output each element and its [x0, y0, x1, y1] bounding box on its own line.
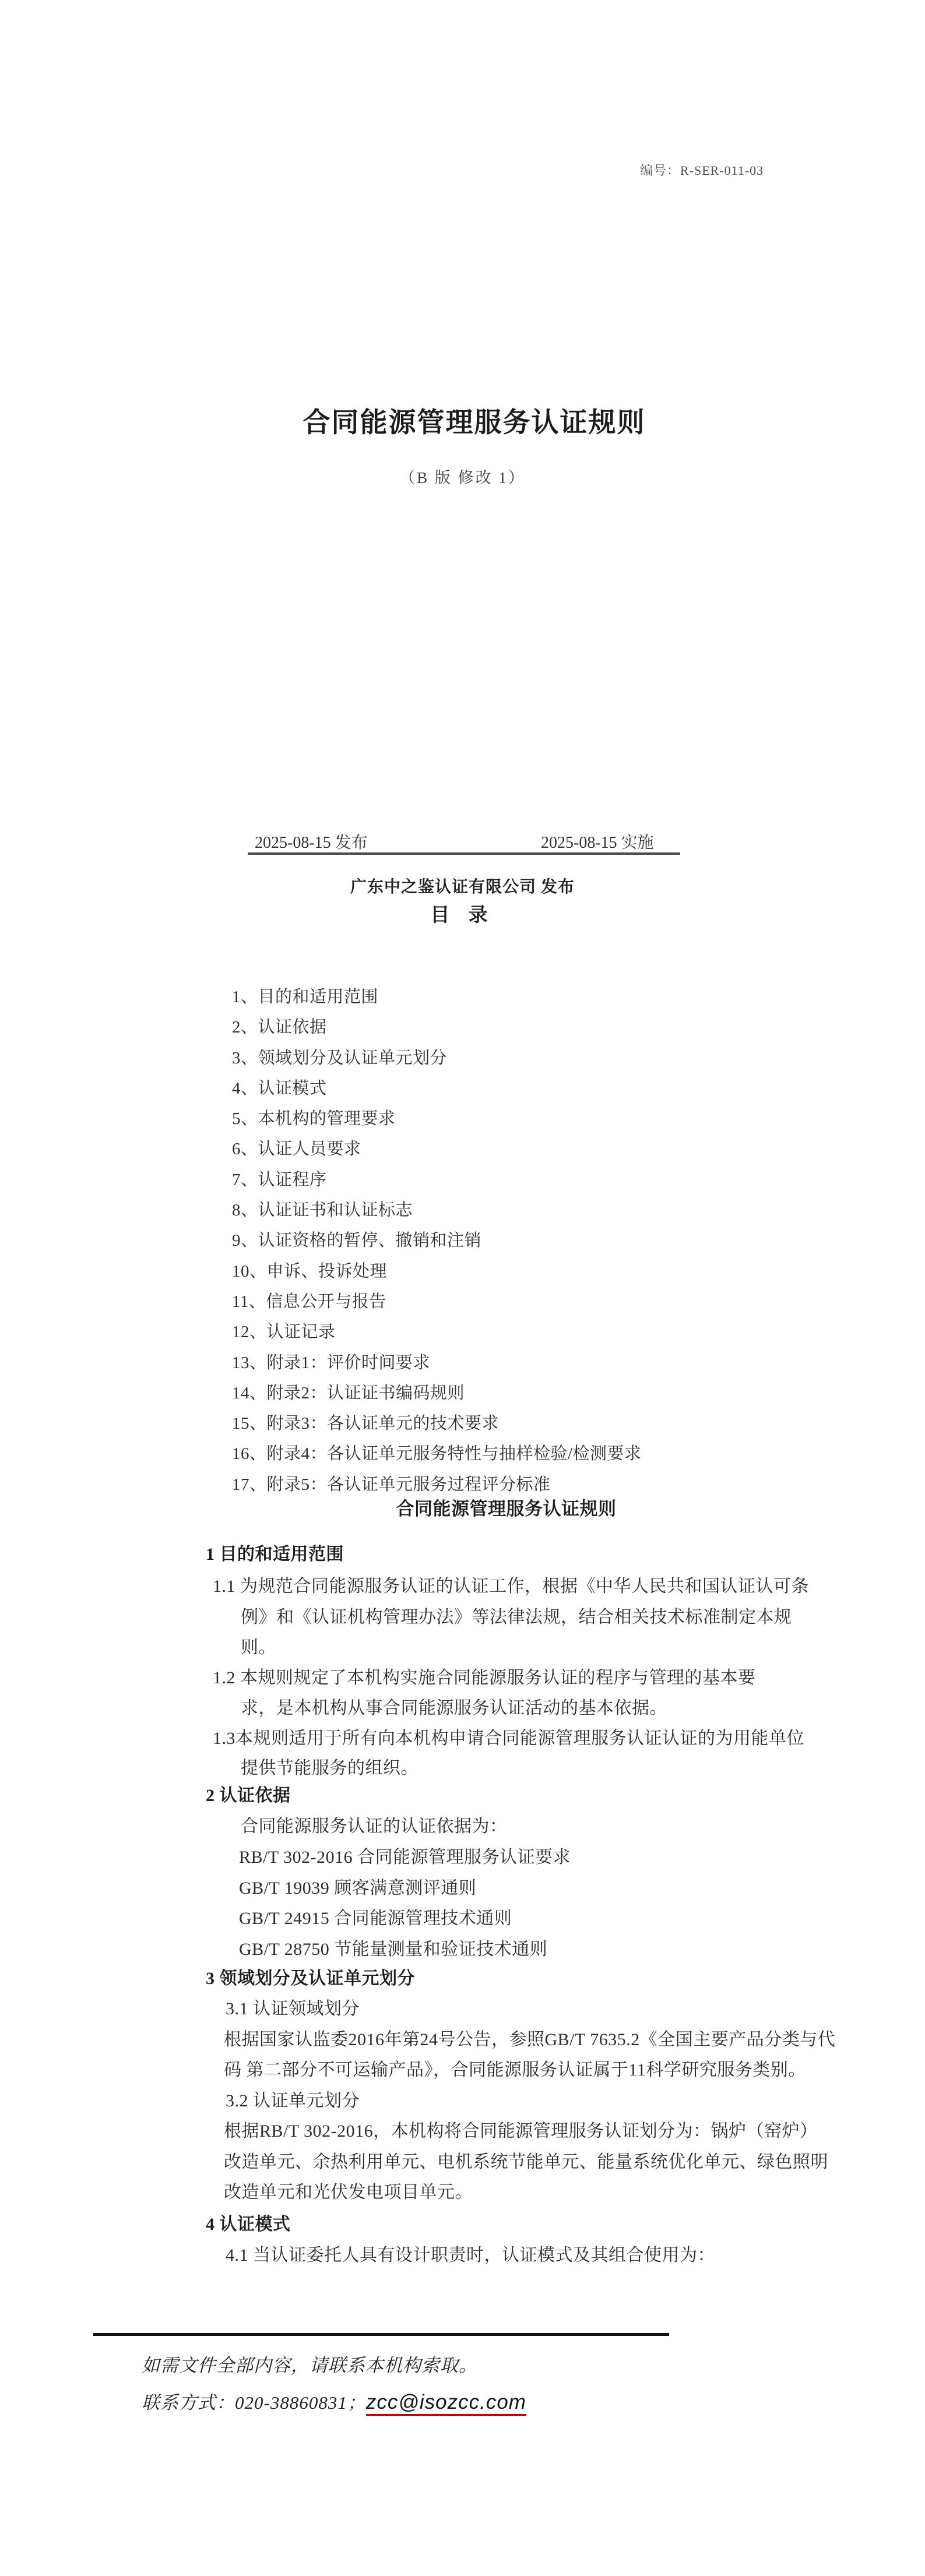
footer-note: 如需文件全部内容，请联系本机构索取。 [142, 2351, 477, 2377]
toc-item: 1、目的和适用范围 [232, 984, 642, 1014]
body-line: 根据RB/T 302-2016，本机构将合同能源管理服务认证划分为：锅炉（窑炉） [224, 2116, 818, 2142]
toc-item: 3、领域划分及认证单元划分 [232, 1045, 642, 1075]
body-line: 求，是本机构从事合同能源服务认证活动的基本依据。 [241, 1693, 667, 1719]
toc-item: 7、认证程序 [232, 1167, 642, 1197]
body-line: 提供节能服务的组织。 [241, 1753, 418, 1779]
doc-number: 编号：R-SER-011-03 [640, 161, 764, 179]
toc-item: 5、本机构的管理要求 [232, 1105, 642, 1136]
toc-item: 2、认证依据 [232, 1014, 642, 1044]
toc-item: 6、认证人员要求 [232, 1136, 642, 1166]
publisher-line: 广东中之鉴认证有限公司 发布 [0, 874, 925, 897]
toc-item: 4、认证模式 [232, 1075, 642, 1105]
section-heading-3: 3 领域划分及认证单元划分 [206, 1964, 415, 1989]
standard-ref-line: RB/T 302-2016 合同能源管理服务认证要求 [239, 1842, 571, 1868]
toc-item: 15、附录3：各认证单元的技术要求 [232, 1410, 642, 1440]
standard-ref-line: GB/T 24915 合同能源管理技术通则 [239, 1904, 512, 1929]
body-line: 例》和《认证机构管理办法》等法律法规，结合相关技术标准制定本规 [241, 1602, 792, 1628]
toc-list: 1、目的和适用范围 2、认证依据 3、领域划分及认证单元划分 4、认证模式 5、… [232, 984, 642, 1502]
footer-divider [93, 2333, 669, 2336]
body-line: 1.1 为规范合同能源服务认证的认证工作，根据《中华人民共和国认证认可条 [213, 1571, 809, 1597]
body-line: 合同能源服务认证的认证依据为： [241, 1812, 508, 1837]
body-line: 4.1 当认证委托人具有设计职责时，认证模式及其组合使用为： [226, 2240, 715, 2266]
body-line: 则。 [241, 1633, 276, 1658]
footer-contact: 联系方式：020-38860831；zcc@isozcc.com [142, 2388, 526, 2414]
toc-item: 16、附录4：各认证单元服务特性与抽样检验/检测要求 [232, 1440, 642, 1471]
body-line: 1.3本规则适用于所有向本机构申请合同能源管理服务认证认证的为用能单位 [213, 1724, 804, 1749]
subsection-heading: 3.1 认证领域划分 [226, 1994, 360, 2020]
body-main-heading: 合同能源管理服务认证规则 [0, 1494, 925, 1520]
standard-ref-line: GB/T 19039 顾客满意测评通则 [239, 1873, 476, 1899]
footer-email-link[interactable]: zcc@isozcc.com [366, 2391, 526, 2416]
body-line: 改造单元、余热利用单元、电机系统节能单元、能量系统优化单元、绿色照明 [224, 2147, 828, 2173]
toc-item: 9、认证资格的暂停、撤销和注销 [232, 1227, 642, 1257]
section-heading-2: 2 认证依据 [206, 1781, 291, 1806]
body-line: 码 第二部分不可运输产品》，合同能源服务认证属于11科学研究服务类别。 [224, 2055, 806, 2081]
subsection-heading: 3.2 认证单元划分 [226, 2086, 360, 2112]
footer-contact-prefix: 联系方式：020-38860831； [142, 2392, 366, 2413]
body-line: 根据国家认监委2016年第24号公告，参照GB/T 7635.2《全国主要产品分… [224, 2025, 835, 2050]
toc-item: 10、申诉、投诉处理 [232, 1258, 642, 1288]
toc-item: 12、认证记录 [232, 1319, 642, 1349]
toc-item: 8、认证证书和认证标志 [232, 1197, 642, 1227]
document-page: 编号：R-SER-011-03 合同能源管理服务认证规则 （B 版 修改 1） … [0, 0, 925, 2576]
section-heading-4: 4 认证模式 [206, 2209, 291, 2235]
implement-date: 2025-08-15 实施 [541, 830, 654, 853]
section-heading-1: 1 目的和适用范围 [206, 1539, 344, 1565]
toc-item: 11、信息公开与报告 [232, 1288, 642, 1319]
document-version-subtitle: （B 版 修改 1） [0, 465, 925, 488]
release-date: 2025-08-15 发布 [255, 830, 368, 853]
toc-title: 目 录 [0, 900, 925, 927]
toc-item: 13、附录1：评价时间要求 [232, 1349, 642, 1380]
document-title: 合同能源管理服务认证规则 [0, 401, 925, 440]
header-divider [248, 852, 680, 855]
body-line: 改造单元和光伏发电项目单元。 [224, 2177, 473, 2203]
standard-ref-line: GB/T 28750 节能量测量和验证技术通则 [239, 1934, 547, 1960]
body-line: 1.2 本规则规定了本机构实施合同能源服务认证的程序与管理的基本要 [213, 1663, 756, 1689]
toc-item: 14、附录2：认证证书编码规则 [232, 1380, 642, 1410]
